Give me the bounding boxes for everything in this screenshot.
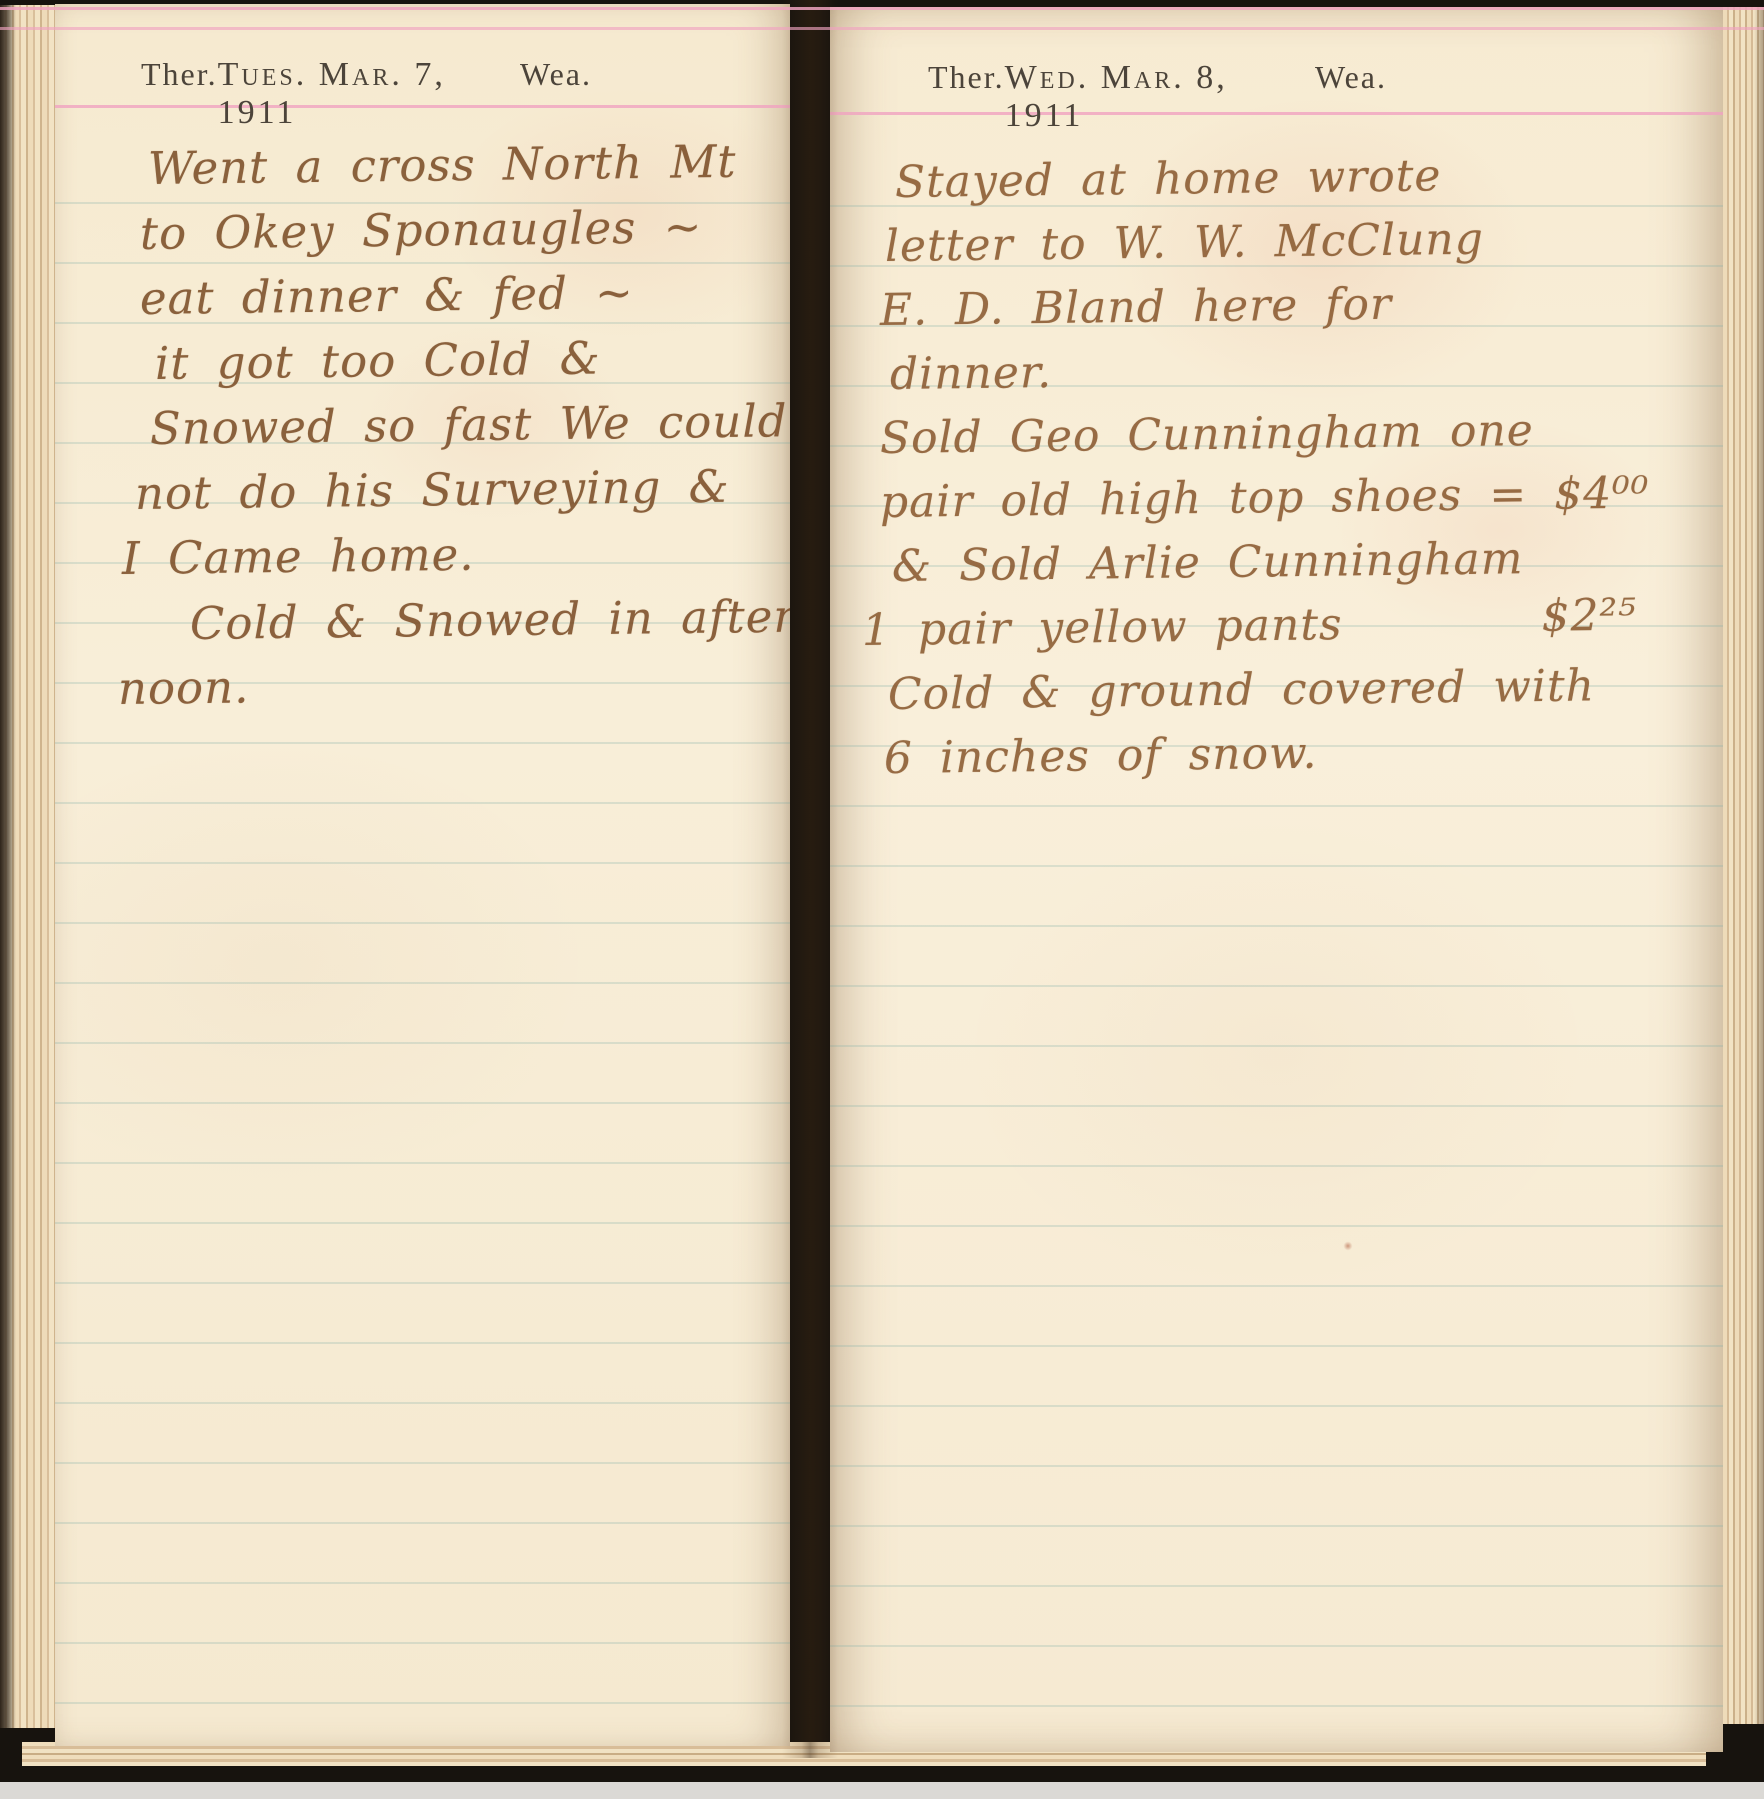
handwriting-line: 6 inches of snow.	[884, 723, 1666, 797]
handwriting-line: Cold & Snowed in after	[190, 590, 781, 662]
handwriting-line: Cold & ground covered with	[888, 660, 1666, 733]
open-diary-book: Ther. Tues. Mar. 7, 1911 Wea. Went a cro…	[0, 0, 1764, 1766]
wea-label: Wea.	[520, 56, 592, 93]
page-stack-edge-right	[1723, 7, 1764, 1724]
ther-label: Ther.	[141, 56, 218, 93]
handwriting-line: not do his Surveying &	[135, 459, 781, 532]
printed-page-header: Ther. Tues. Mar. 7, 1911 Wea.	[55, 56, 790, 132]
top-margin-pink-rule	[0, 27, 1764, 30]
page-stack-edge-left	[0, 5, 55, 1728]
handwriting-text: Sold Geo Cunningham one	[880, 405, 1535, 464]
handwriting-text: it got too Cold &	[155, 332, 601, 390]
handwriting-text: to Okey Sponaugles ~	[140, 200, 703, 260]
handwriting-line: noon.	[118, 654, 781, 727]
handwriting-text: 1 pair yellow pants	[862, 599, 1343, 656]
handwriting-text: I Came home.	[122, 528, 475, 585]
page-date: Tues. Mar. 7, 1911	[218, 56, 520, 132]
handwriting-line: letter to W. W. McClung	[885, 211, 1666, 285]
handwriting-text: dinner.	[890, 347, 1053, 400]
handwriting-text: letter to W. W. McClung	[885, 214, 1485, 272]
ther-label: Ther.	[928, 59, 1005, 96]
handwriting-text: 6 inches of snow.	[884, 728, 1318, 784]
handwriting-text: E. D. Bland here for	[880, 279, 1393, 336]
handwriting-line: pair old high top shoes = $4⁰⁰	[880, 467, 1666, 541]
book-gutter-shadow	[782, 0, 838, 1758]
handwriting-line: Went a cross North Mt	[148, 134, 781, 207]
handwriting-line: dinner.	[890, 340, 1666, 413]
handwritten-entry-right: Stayed at home wroteletter to W. W. McCl…	[860, 157, 1665, 797]
diary-scan: Ther. Tues. Mar. 7, 1911 Wea. Went a cro…	[0, 0, 1764, 1799]
handwriting-text: Cold & ground covered with	[888, 660, 1596, 720]
handwriting-text: not do his Surveying &	[135, 460, 730, 520]
handwriting-line: I Came home.	[122, 524, 781, 597]
handwriting-text: Cold & Snowed in after	[190, 590, 790, 650]
handwriting-text: Went a cross North Mt	[148, 135, 737, 195]
handwriting-line: Sold Geo Cunningham one	[880, 403, 1666, 477]
wea-label: Wea.	[1315, 59, 1387, 96]
handwriting-line: E. D. Bland here for	[880, 275, 1666, 349]
diary-page-right: Ther. Wed. Mar. 8, 1911 Wea. Stayed at h…	[830, 7, 1723, 1752]
handwriting-text: & Sold Arlie Cunningham	[892, 533, 1524, 592]
handwriting-line: eat dinner & fed ~	[140, 264, 781, 337]
top-margin-pink-rule	[0, 7, 1764, 10]
handwriting-line: Snowed so fast We could	[150, 394, 781, 467]
handwriting-line: Stayed at home wrote	[895, 148, 1666, 221]
handwriting-line: to Okey Sponaugles ~	[140, 199, 781, 272]
diary-page-left: Ther. Tues. Mar. 7, 1911 Wea. Went a cro…	[55, 4, 790, 1746]
scan-bottom-strip	[0, 1782, 1764, 1799]
handwriting-text: noon.	[118, 660, 250, 715]
handwriting-text: pair old high top shoes = $4⁰⁰	[880, 468, 1650, 528]
page-date: Wed. Mar. 8, 1911	[1005, 59, 1315, 135]
handwriting-line: 1 pair yellow pants$2²⁵	[862, 595, 1666, 669]
handwriting-line: it got too Cold &	[155, 329, 781, 402]
handwriting-text: eat dinner & fed ~	[140, 266, 635, 325]
price-amount: $2²⁵	[1541, 590, 1637, 642]
printed-page-header: Ther. Wed. Mar. 8, 1911 Wea.	[830, 59, 1723, 135]
handwriting-text: Snowed so fast We could	[150, 394, 788, 455]
handwritten-entry-left: Went a cross North Mtto Okey Sponaugles …	[100, 142, 780, 727]
handwriting-text: Stayed at home wrote	[895, 150, 1442, 208]
